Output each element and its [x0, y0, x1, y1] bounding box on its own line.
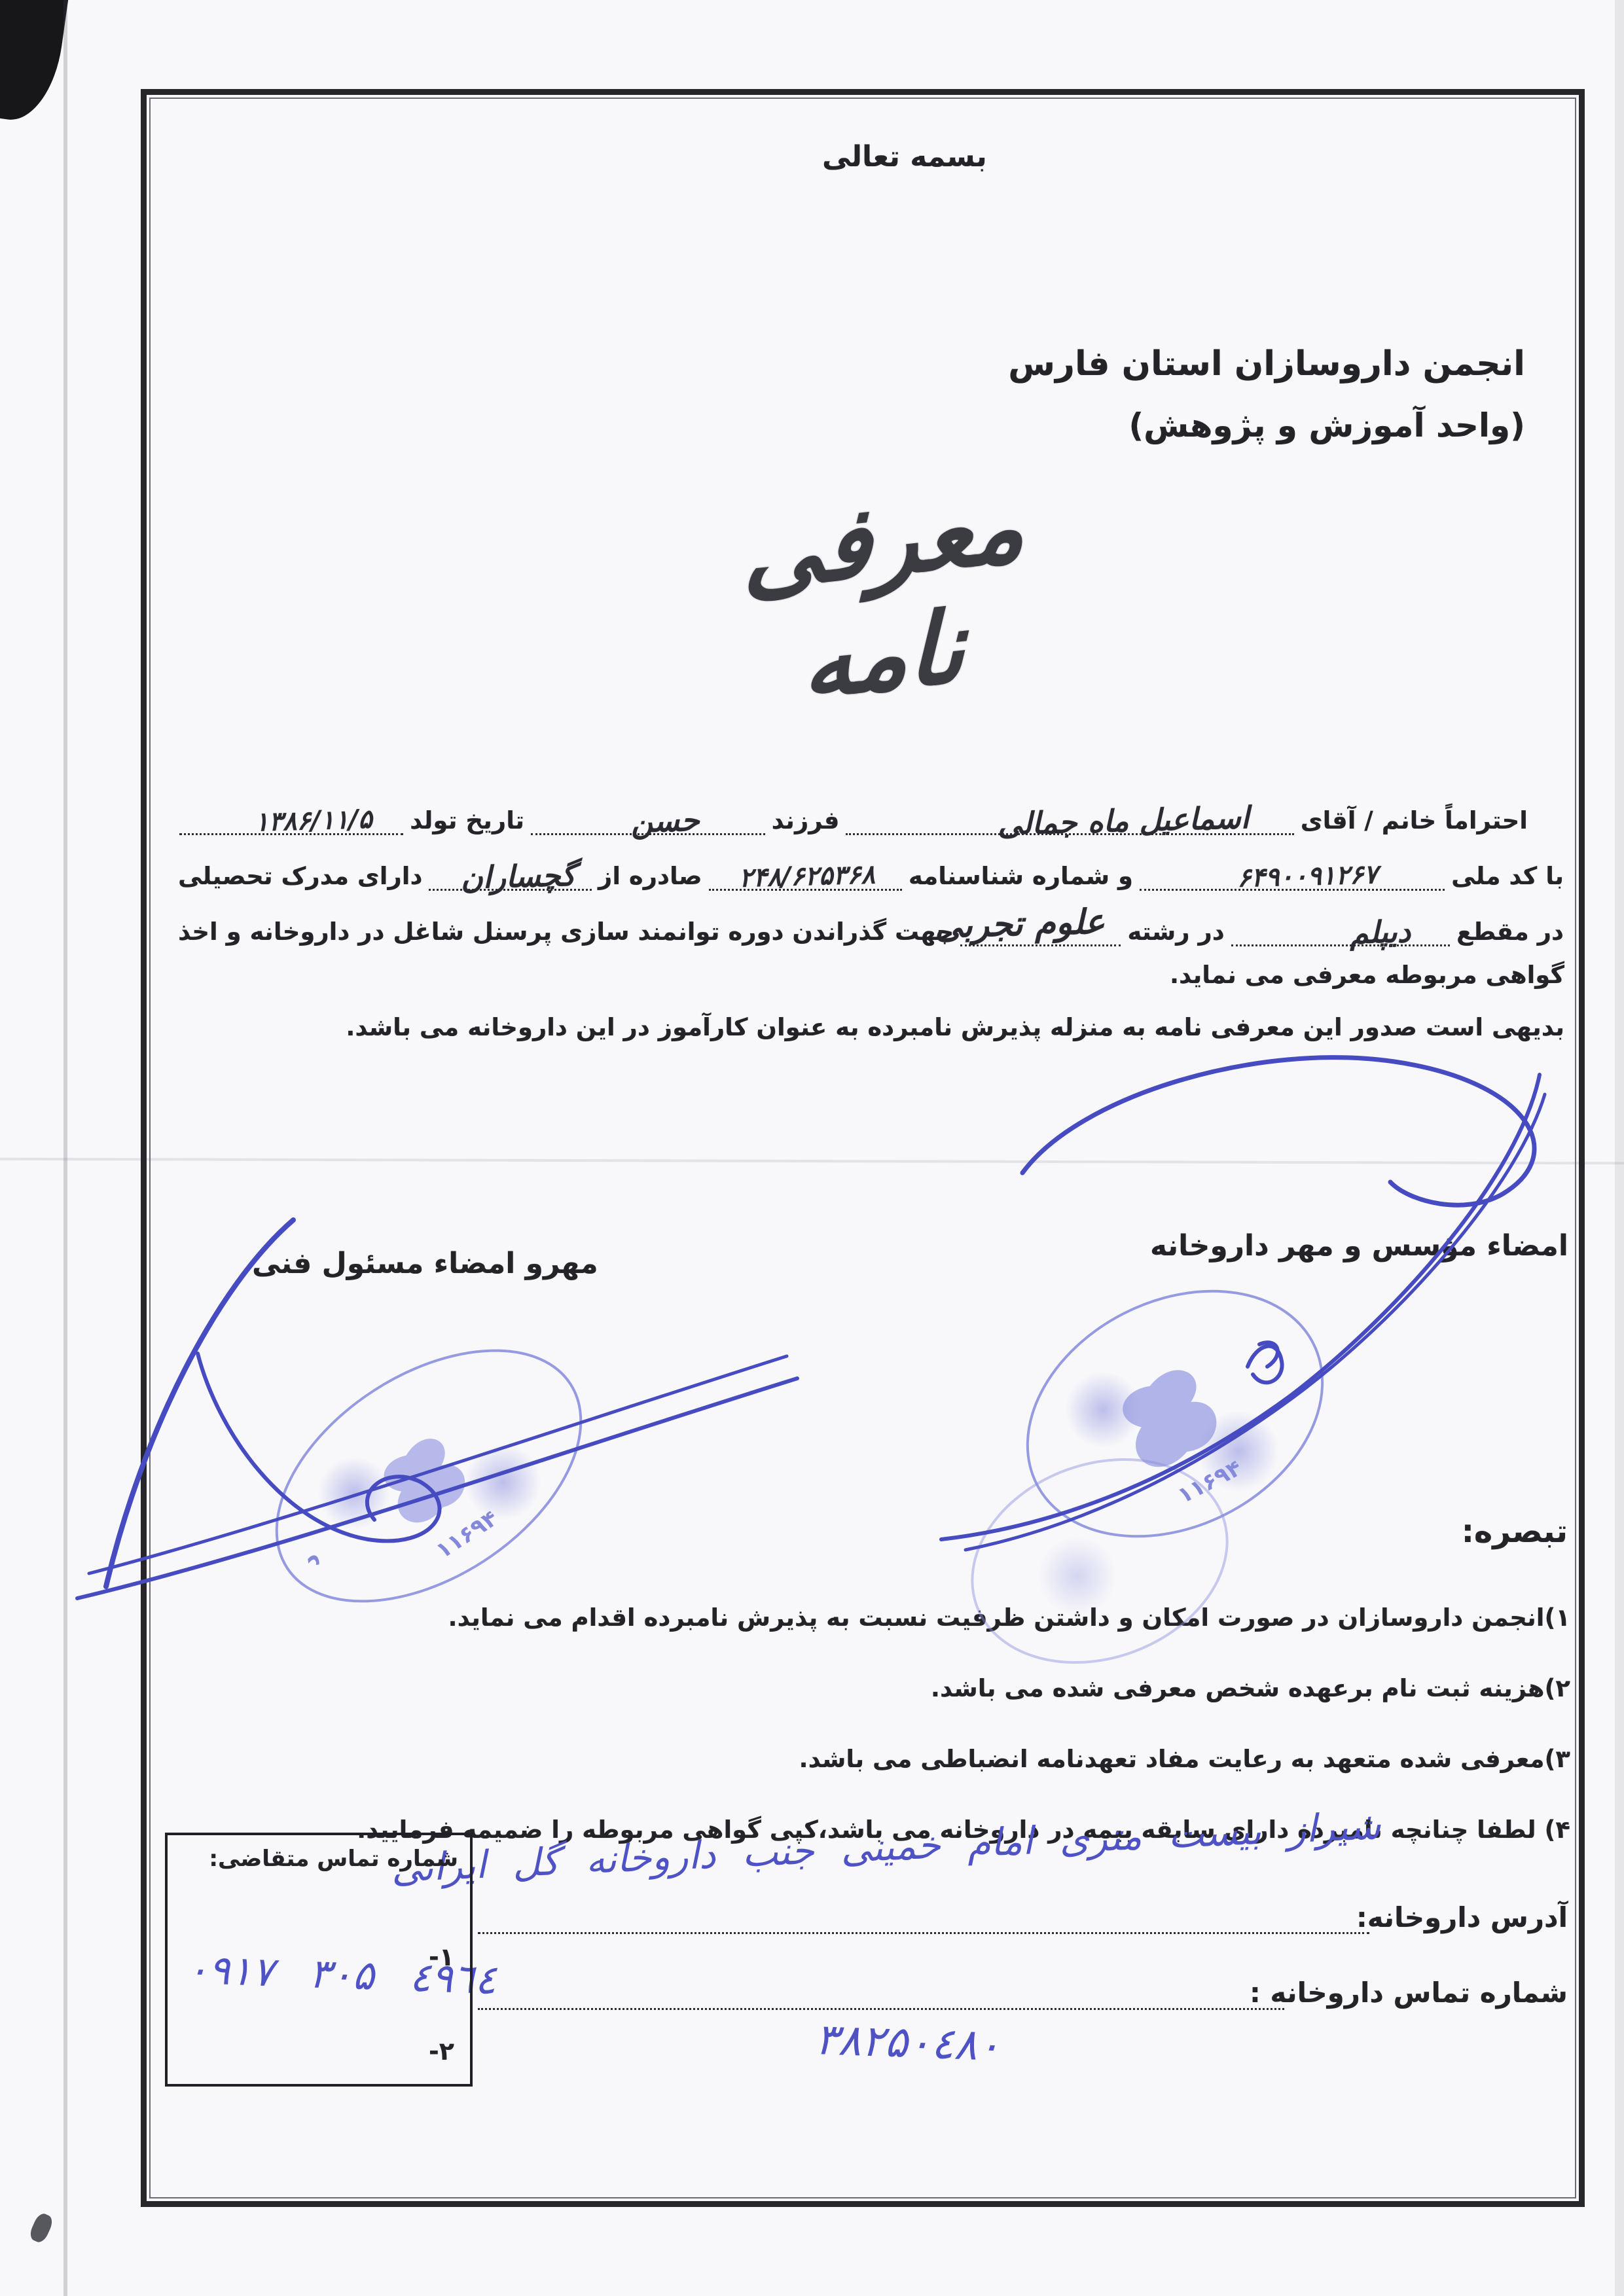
technical-manager-signature-label: مهرو امضاء مسئول فنی: [252, 1247, 598, 1280]
applicant-box-label: شماره تماس متقاضی:: [209, 1846, 458, 1872]
handwritten-father-name: حسن: [630, 803, 700, 840]
founder-signature-label: امضاء مؤسس و مهر داروخانه: [1150, 1229, 1568, 1263]
handwritten-national-id: ۶۴۹۰۰۹۱۲۶۷: [1236, 859, 1378, 893]
blank-name: اسماعیل ماه جمالی: [846, 799, 1293, 835]
handwritten-degree-level: دیپلم: [1349, 914, 1411, 950]
note-item-2: ۲)هزینه ثبت نام برعهده شخص معرفی شده می …: [931, 1674, 1570, 1702]
scanned-document-page: بسمه تعالی انجمن داروسازان استان فارس (و…: [0, 0, 1624, 2296]
pharmacy-address-dotted-line: [478, 1932, 1369, 1934]
applicant-item-1: -۱: [429, 1943, 454, 1971]
label-child-of: فرزند: [769, 807, 842, 835]
handwritten-certificate-number: ۲۴۸/۶۲۵۳۶۸: [738, 859, 875, 893]
applicant-contact-box: شماره تماس متقاضی: -۱ -۲: [165, 1833, 473, 2087]
scan-artifact-right-edge: [1615, 0, 1624, 2296]
label-has-degree: دارای مدرک تحصیلی: [175, 863, 425, 891]
applicant-item-2: -۲: [429, 2037, 454, 2066]
besmele-heading: بسمه تعالی: [822, 140, 987, 173]
pharmacy-phone-dotted-line: [478, 2008, 1284, 2010]
notes-heading: تبصره:: [1462, 1513, 1568, 1550]
label-issued-at: صادره از: [596, 863, 705, 891]
blank-certificate-number: ۲۴۸/۶۲۵۳۶۸: [709, 855, 902, 891]
body-line-2: با کد ملی ۶۴۹۰۰۹۱۲۶۷ و شماره شناسنامه ۲۴…: [175, 849, 1566, 891]
label-degree-level: در مقطع: [1454, 918, 1566, 946]
handwritten-major: علوم تجربی: [934, 903, 1105, 947]
body-line-1: احتراماً خانم / آقای اسماعیل ماه جمالی ف…: [175, 793, 1566, 835]
body-line-4: گواهی مربوطه معرفی می نماید.: [1170, 961, 1564, 989]
blank-issued-at: گچساران: [429, 855, 592, 891]
scan-artifact-left-edge: [63, 0, 67, 2296]
label-salutation: احتراماً خانم / آقای: [1298, 807, 1530, 835]
note-item-3: ۳)معرفی شده متعهد به رعایت مفاد تعهدنامه…: [799, 1745, 1570, 1773]
blank-father-name: حسن: [531, 799, 765, 835]
scan-artifact-corner: [0, 0, 69, 126]
org-title-block: انجمن داروسازان استان فارس (واحد آموزش و…: [1008, 332, 1525, 456]
body-line-3: در مقطع دیپلم در رشته علوم تجربی جهت گذر…: [175, 905, 1566, 946]
handwritten-name: اسماعیل ماه جمالی: [997, 800, 1250, 842]
label-birth-date: تاریخ تولد: [407, 807, 527, 835]
handwritten-pharmacy-phone: ۳۸۲۵۰٤۸۰: [814, 2014, 1001, 2071]
label-major: در رشته: [1125, 918, 1227, 946]
org-name: انجمن داروسازان استان فارس: [1008, 332, 1525, 395]
pharmacy-address-label: آدرس داروخانه:: [1356, 1901, 1568, 1933]
blank-degree-level: دیپلم: [1231, 910, 1450, 946]
blank-national-id: ۶۴۹۰۰۹۱۲۶۷: [1140, 855, 1445, 891]
body-line-5: بدیهی است صدور این معرفی نامه به منزله پ…: [346, 1013, 1564, 1041]
letter-title-calligraphy: معرفی نامه: [656, 459, 1111, 736]
blank-birth-date: ۱۳۸۶/۱۱/۵: [179, 799, 403, 835]
blank-major: علوم تجربی: [960, 910, 1121, 946]
note-item-1: ۱)انجمن داروسازان در صورت امکان و داشتن …: [448, 1604, 1570, 1632]
scan-artifact-speck: [27, 2212, 55, 2245]
handwritten-issued-at: گچساران: [460, 858, 576, 895]
label-course-purpose: جهت گذراندن دوره توانمند سازی پرسنل شاغل…: [175, 918, 956, 946]
label-certificate-number: و شماره شناسنامه: [906, 863, 1136, 891]
org-unit: (واحد آموزش و پژوهش): [1008, 395, 1525, 456]
handwritten-birth-date: ۱۳۸۶/۱۱/۵: [254, 804, 372, 838]
pharmacy-phone-label: شماره تماس داروخانه :: [1250, 1977, 1568, 2009]
label-national-id: با کد ملی: [1449, 863, 1566, 891]
